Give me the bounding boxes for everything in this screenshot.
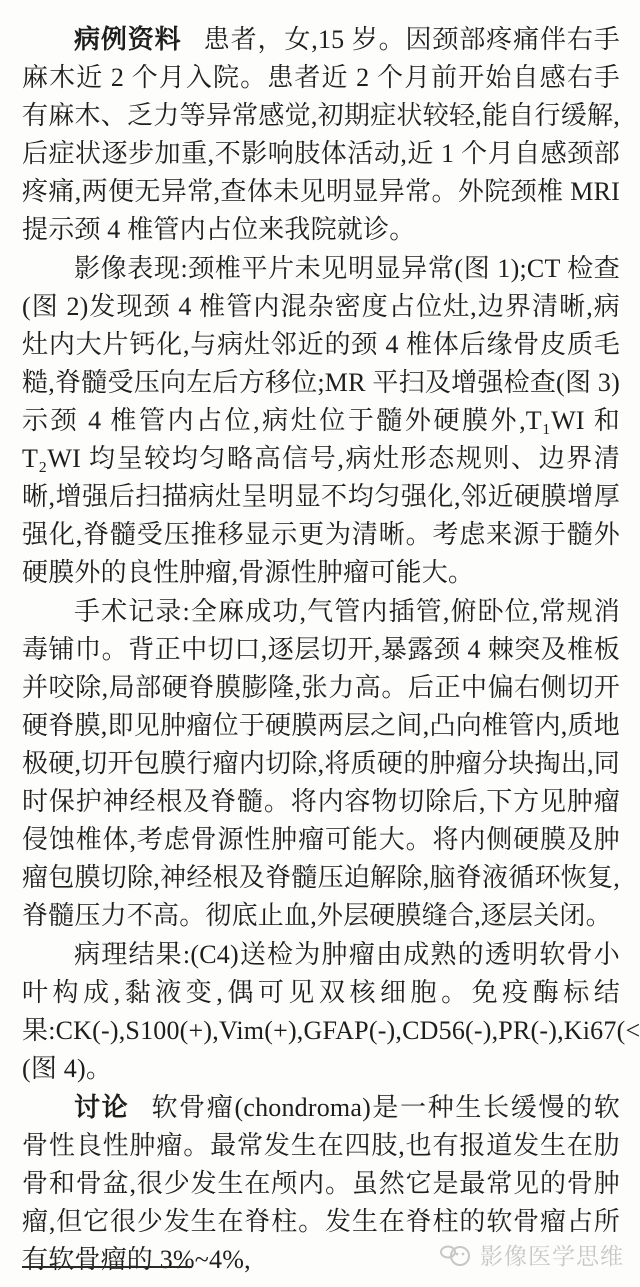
paragraph-text: 患者，女,15 岁。因颈部疼痛伴右手麻木近 2 个月入院。患者近 2 个月前开始… [22, 25, 620, 244]
section-heading-discussion: 讨论 [74, 1092, 129, 1122]
article-body: 病例资料患者，女,15 岁。因颈部疼痛伴右手麻木近 2 个月入院。患者近 2 个… [22, 20, 620, 1279]
paragraph-text: 手术记录:全麻成功,气管内插管,俯卧位,常规消毒铺巾。背正中切口,逐层切开,暴露… [22, 597, 620, 930]
paragraph-case-data: 病例资料患者，女,15 岁。因颈部疼痛伴右手麻木近 2 个月入院。患者近 2 个… [22, 20, 620, 249]
paragraph-text: 影像表现:颈椎平片未见明显异常(图 1);CT 检查(图 2)发现颈 4 椎管内… [22, 254, 620, 587]
watermark-label: 影像医学思维 [480, 1238, 624, 1271]
paragraph-surgery-record: 手术记录:全麻成功,气管内插管,俯卧位,常规消毒铺巾。背正中切口,逐层切开,暴露… [22, 592, 620, 935]
paragraph-imaging-findings: 影像表现:颈椎平片未见明显异常(图 1);CT 检查(图 2)发现颈 4 椎管内… [22, 249, 620, 592]
article-page: 病例资料患者，女,15 岁。因颈部疼痛伴右手麻木近 2 个月入院。患者近 2 个… [0, 0, 640, 1287]
watermark: 影像医学思维 [439, 1238, 624, 1271]
section-heading-case-data: 病例资料 [74, 24, 182, 54]
paragraph-text: 病理结果:(C4)送检为肿瘤由成熟的透明软骨小叶构成,黏液变,偶可见双核细胞。免… [22, 940, 640, 1083]
watermark-logo-icon [439, 1242, 475, 1268]
paragraph-pathology-result: 病理结果:(C4)送检为肿瘤由成熟的透明软骨小叶构成,黏液变,偶可见双核细胞。免… [22, 935, 620, 1088]
footnote-separator-rule [22, 1266, 192, 1268]
